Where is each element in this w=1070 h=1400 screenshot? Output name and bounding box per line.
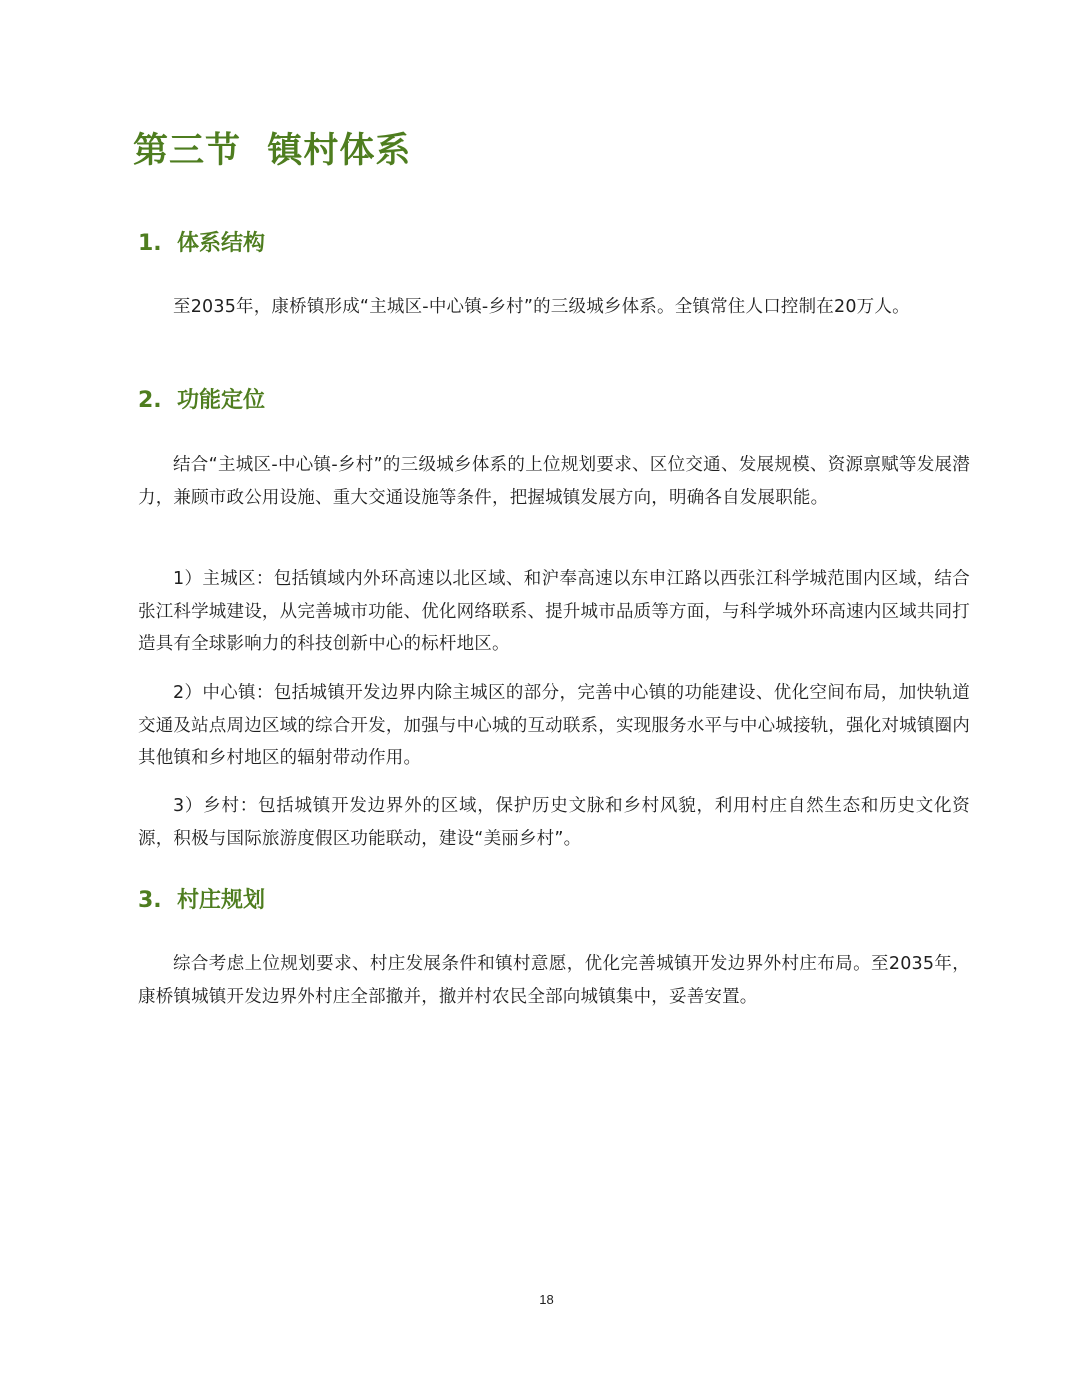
section-heading-function: 2. 功能定位: [138, 386, 265, 416]
paragraph-village: 综合考虑上位规划要求、村庄发展条件和镇村意愿，优化完善城镇开发边界外村庄布局。至…: [138, 948, 970, 1013]
paragraph-structure: 至2035年，康桥镇形成“主城区-中心镇-乡村”的三级城乡体系。全镇常住人口控制…: [138, 291, 970, 324]
page-title: 第三节 镇村体系: [133, 128, 411, 174]
paragraph-central-town: 2）中心镇：包括城镇开发边界内除主城区的部分，完善中心镇的功能建设、优化空间布局…: [138, 677, 970, 775]
section-heading-structure: 1. 体系结构: [138, 229, 265, 259]
section-heading-village: 3. 村庄规划: [138, 886, 265, 916]
paragraph-main-city: 1）主城区：包括镇域内外环高速以北区域、和沪奉高速以东申江路以西张江科学城范围内…: [138, 563, 970, 661]
paragraph-rural: 3）乡村：包括城镇开发边界外的区域，保护历史文脉和乡村风貌，利用村庄自然生态和历…: [138, 790, 970, 855]
page-number: 18: [0, 1292, 1070, 1307]
paragraph-function-intro: 结合“主城区-中心镇-乡村”的三级城乡体系的上位规划要求、区位交通、发展规模、资…: [138, 449, 970, 514]
